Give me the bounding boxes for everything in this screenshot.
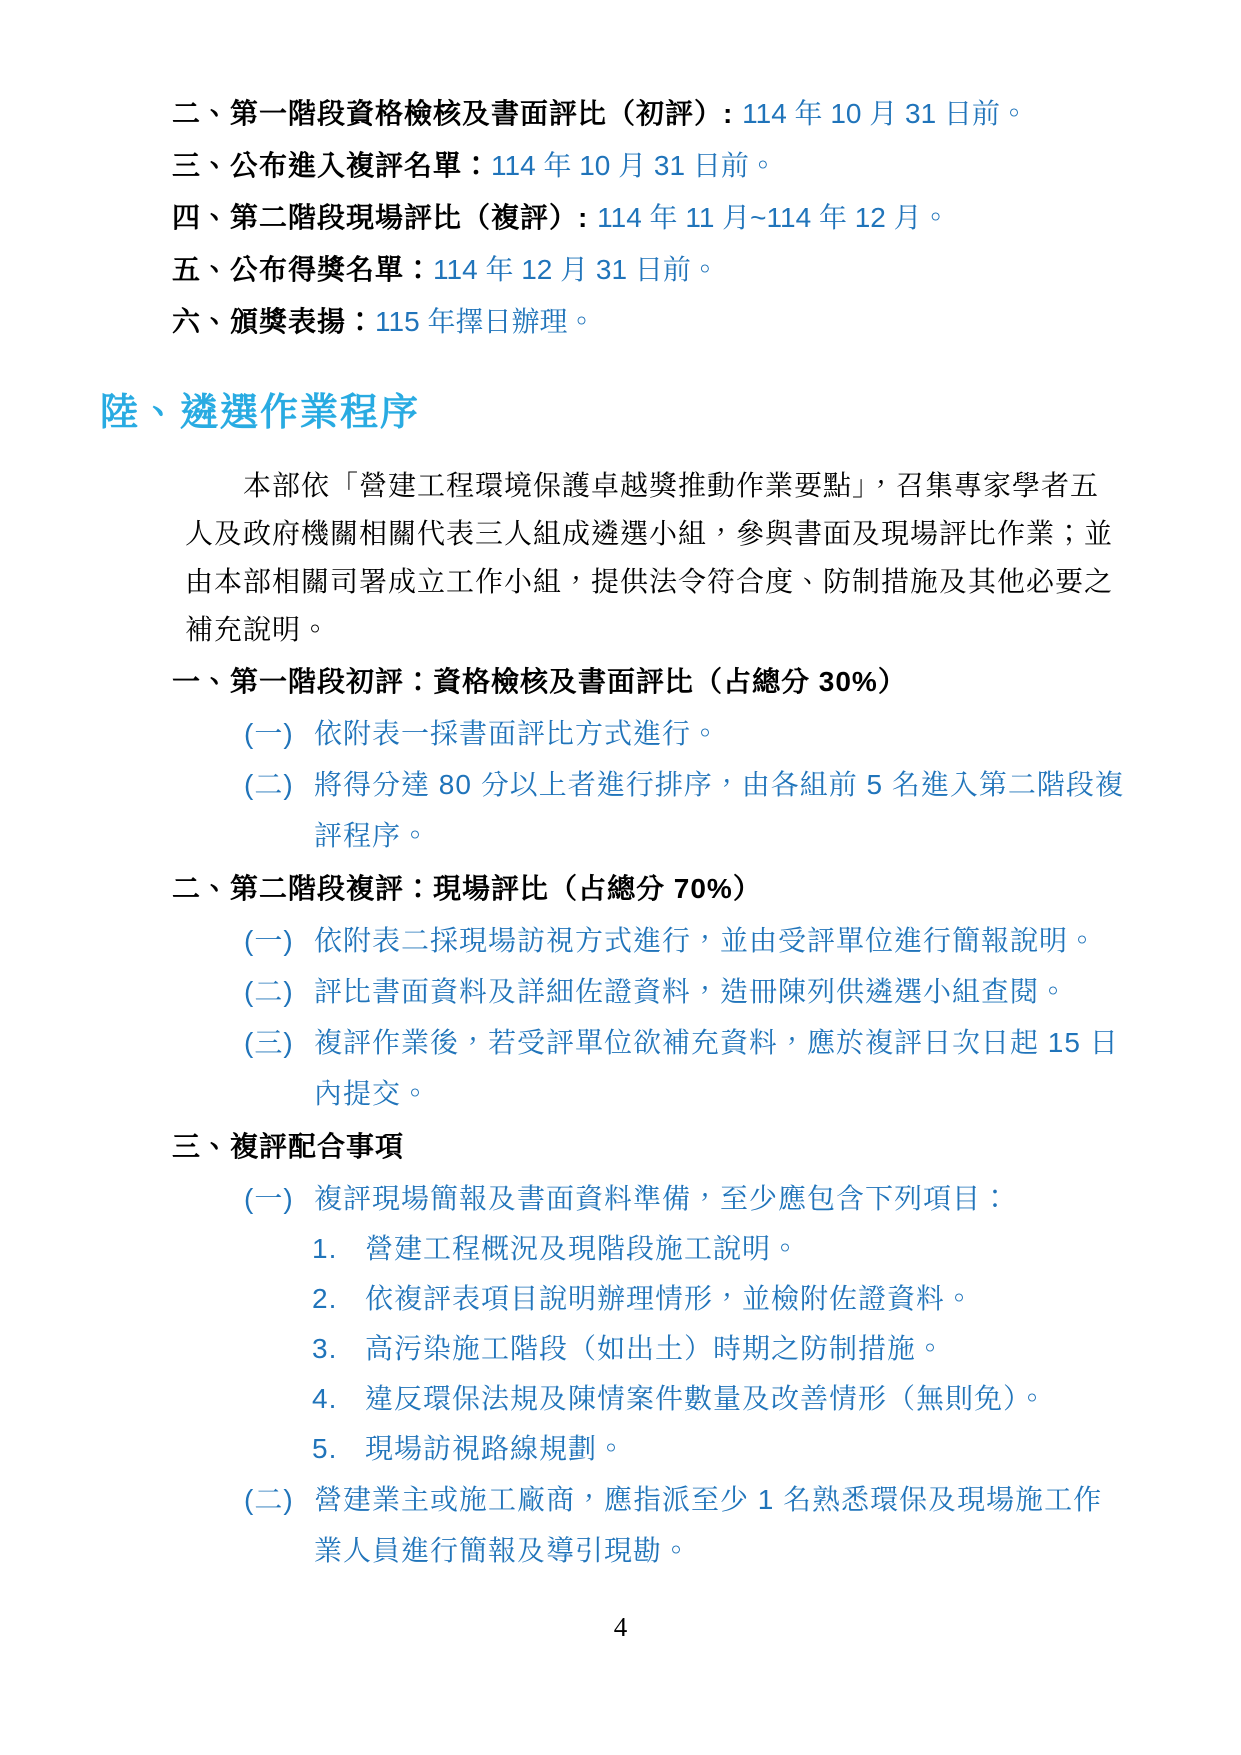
- sub-item-text: 複評現場簡報及書面資料準備，至少應包含下列項目：: [314, 1173, 1146, 1224]
- schedule-item-label: 五、公布得獎名單：: [172, 254, 433, 285]
- sub-item-text: 營建業主或施工廠商，應指派至少 1 名熟悉環保及現場施工作 業人員進行簡報及導引…: [314, 1474, 1146, 1576]
- schedule-item: 四、第二階段現場評比（複評）: 114 年 11 月~114 年 12 月。: [100, 192, 1146, 244]
- schedule-item-label: 三、公布進入複評名單：: [172, 150, 491, 181]
- numbered-item: 3. 高污染施工階段（如出土）時期之防制措施。: [312, 1324, 1146, 1374]
- numbered-item: 5. 現場訪視路線規劃。: [312, 1424, 1146, 1474]
- numbered-item-text: 營建工程概況及現階段施工說明。: [365, 1224, 800, 1274]
- sub-item: (一) 複評現場簡報及書面資料準備，至少應包含下列項目：: [244, 1173, 1146, 1224]
- schedule-item: 三、公布進入複評名單：114 年 10 月 31 日前。: [100, 140, 1146, 192]
- numbered-item: 1. 營建工程概況及現階段施工說明。: [312, 1224, 1146, 1274]
- sub-item-marker: (一): [244, 1173, 314, 1224]
- sub-item-text: 將得分達 80 分以上者進行排序，由各組前 5 名進入第二階段複 評程序。: [314, 759, 1146, 861]
- paragraph-line: 補充說明。: [185, 606, 1130, 654]
- numbered-item-number: 3.: [312, 1324, 365, 1374]
- schedule-item: 二、第一階段資格檢核及書面評比（初評）: 114 年 10 月 31 日前。: [100, 88, 1146, 140]
- document-content: 二、第一階段資格檢核及書面評比（初評）: 114 年 10 月 31 日前。 三…: [100, 88, 1146, 1576]
- sub-item: (二) 評比書面資料及詳細佐證資料，造冊陳列供遴選小組查閱。: [244, 966, 1146, 1017]
- schedule-item-value: 114 年 12 月 31 日前。: [433, 254, 719, 285]
- schedule-item-value: 114 年 10 月 31 日前。: [491, 150, 777, 181]
- numbered-item-text: 高污染施工階段（如出土）時期之防制措施。: [365, 1324, 945, 1374]
- schedule-item-label: 四、第二階段現場評比（複評）:: [172, 202, 597, 233]
- sub-item-text: 評比書面資料及詳細佐證資料，造冊陳列供遴選小組查閱。: [314, 966, 1146, 1017]
- section-heading: 陸、遴選作業程序: [100, 388, 1146, 438]
- document-page: 二、第一階段資格檢核及書面評比（初評）: 114 年 10 月 31 日前。 三…: [0, 0, 1241, 1755]
- sub-item-marker: (二): [244, 966, 314, 1017]
- sub-item-marker: (二): [244, 1474, 314, 1576]
- numbered-item-text: 現場訪視路線規劃。: [365, 1424, 626, 1474]
- schedule-item-value: 114 年 11 月~114 年 12 月。: [597, 202, 950, 233]
- sub-item: (三) 複評作業後，若受評單位欲補充資料，應於複評日次日起 15 日 內提交。: [244, 1017, 1146, 1119]
- sub-item: (一) 依附表一採書面評比方式進行。: [244, 708, 1146, 759]
- schedule-item-value: 115 年擇日辦理。: [375, 306, 595, 337]
- numbered-item: 4. 違反環保法規及陳情案件數量及改善情形（無則免）。: [312, 1374, 1146, 1424]
- numbered-item-text: 依複評表項目說明辦理情形，並檢附佐證資料。: [365, 1274, 974, 1324]
- page-number: 4: [0, 1612, 1241, 1643]
- numbered-item-number: 2.: [312, 1274, 365, 1324]
- sub-item: (二) 營建業主或施工廠商，應指派至少 1 名熟悉環保及現場施工作 業人員進行簡…: [244, 1474, 1146, 1576]
- schedule-item: 六、頒獎表揚：115 年擇日辦理。: [100, 296, 1146, 348]
- intro-paragraph: 本部依「營建工程環境保護卓越獎推動作業要點」，召集專家學者五 人及政府機關相關代…: [185, 462, 1130, 654]
- item-heading: 一、第一階段初評：資格檢核及書面評比（占總分 30%）: [100, 656, 1146, 708]
- sub-item-text: 依附表一採書面評比方式進行。: [314, 708, 1146, 759]
- item-heading: 三、複評配合事項: [100, 1121, 1146, 1173]
- numbered-item: 2. 依複評表項目說明辦理情形，並檢附佐證資料。: [312, 1274, 1146, 1324]
- schedule-item-value: 114 年 10 月 31 日前。: [742, 98, 1028, 129]
- paragraph-line: 本部依「營建工程環境保護卓越獎推動作業要點」，召集專家學者五: [185, 462, 1130, 510]
- sub-item-text: 複評作業後，若受評單位欲補充資料，應於複評日次日起 15 日 內提交。: [314, 1017, 1146, 1119]
- schedule-item-label: 六、頒獎表揚：: [172, 306, 375, 337]
- schedule-item-label: 二、第一階段資格檢核及書面評比（初評）:: [172, 98, 742, 129]
- paragraph-line: 由本部相關司署成立工作小組，提供法令符合度、防制措施及其他必要之: [185, 558, 1130, 606]
- numbered-item-number: 1.: [312, 1224, 365, 1274]
- numbered-item-number: 4.: [312, 1374, 365, 1424]
- sub-item-marker: (一): [244, 708, 314, 759]
- schedule-item: 五、公布得獎名單：114 年 12 月 31 日前。: [100, 244, 1146, 296]
- sub-item: (二) 將得分達 80 分以上者進行排序，由各組前 5 名進入第二階段複 評程序…: [244, 759, 1146, 861]
- sub-item-text: 依附表二採現場訪視方式進行，並由受評單位進行簡報說明。: [314, 915, 1146, 966]
- sub-item-marker: (三): [244, 1017, 314, 1119]
- sub-item-marker: (二): [244, 759, 314, 861]
- paragraph-line: 人及政府機關相關代表三人組成遴選小組，參與書面及現場評比作業；並: [185, 510, 1130, 558]
- item-heading: 二、第二階段複評：現場評比（占總分 70%）: [100, 863, 1146, 915]
- numbered-item-text: 違反環保法規及陳情案件數量及改善情形（無則免）。: [365, 1374, 1047, 1424]
- sub-item-marker: (一): [244, 915, 314, 966]
- numbered-item-number: 5.: [312, 1424, 365, 1474]
- sub-item: (一) 依附表二採現場訪視方式進行，並由受評單位進行簡報說明。: [244, 915, 1146, 966]
